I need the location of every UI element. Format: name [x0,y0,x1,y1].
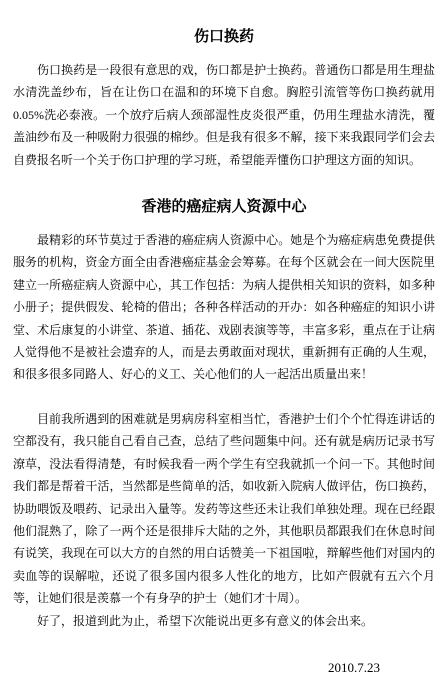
document-date: 2010.7.23 [13,660,435,676]
paragraph-difficulties: 目前我所遇到的困难就是男病房科室相当忙，香港护士们个个忙得连讲话的空都没有，我只… [13,408,435,610]
section-title-wound-dressing: 伤口换药 [13,0,435,47]
paragraph-closing: 好了，报道到此为止，希望下次能说出更多有意义的体会出来。 [13,610,435,632]
document-page: 伤口换药 伤口换药是一段很有意思的戏，伤口都是护士换药。普通伤口都是用生理盐水清… [0,0,448,683]
section-title-cancer-patient-resource-center: 香港的癌症病人资源中心 [13,197,435,217]
paragraph-wound-dressing: 伤口换药是一段很有意思的戏，伤口都是护士换药。普通伤口都是用生理盐水清洗盖纱布，… [13,59,435,171]
paragraph-resource-center: 最精彩的环节莫过于香港的癌症病人资源中心。她是个为癌症病患免费提供服务的机构，资… [13,229,435,386]
